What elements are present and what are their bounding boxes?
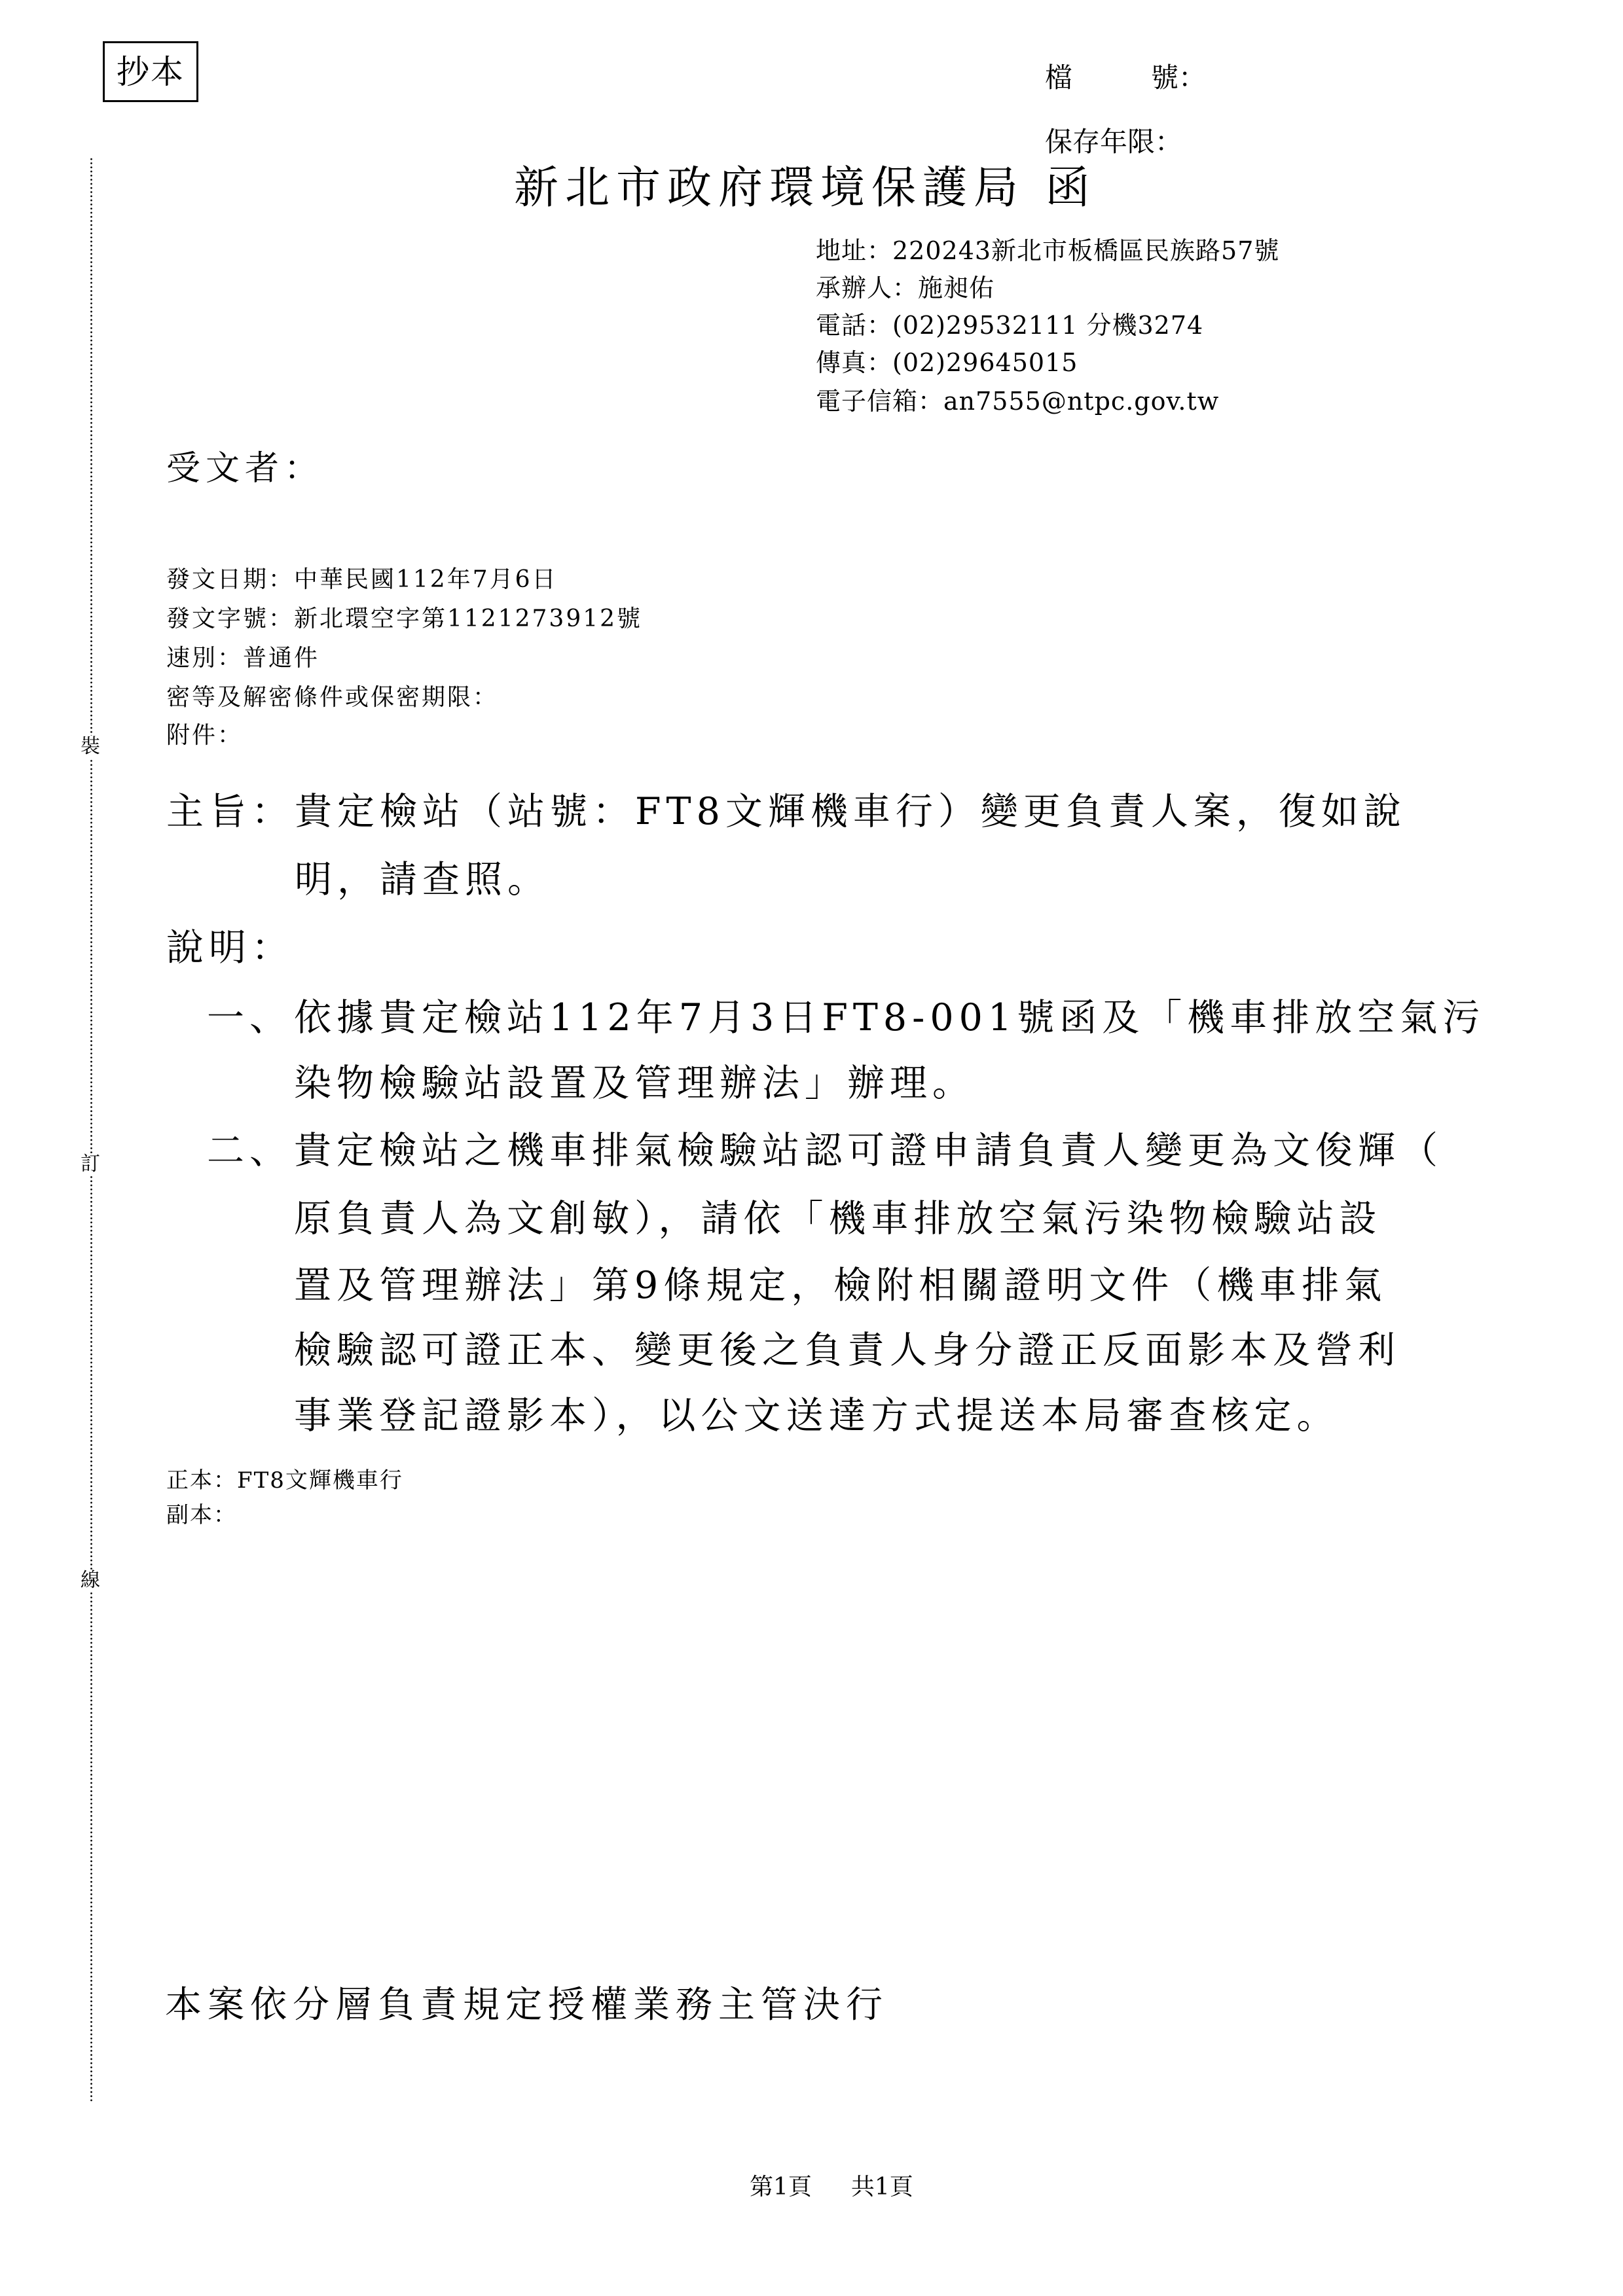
attachments: 附件： [166, 724, 243, 747]
subject-line-2: 明，請查照。 [295, 861, 550, 899]
file-number-label-b: 號： [1151, 62, 1206, 94]
explanation-item-2-line-5: 事業登記證影本），以公文送達方式提送本局審查核定。 [294, 1397, 1340, 1435]
contact-email[interactable]: 電子信箱：an7555@ntpc.gov.tw [816, 389, 1219, 414]
explanation-item-2-line-4: 檢驗認可證正本、變更後之負責人身分證正反面影本及營利 [294, 1332, 1400, 1369]
document-title: 新北市政府環境保護局 函 [514, 166, 1097, 211]
document-number: 發文字號：新北環空字第1121273912號 [166, 607, 642, 631]
copy-stamp-label: 抄本 [117, 56, 185, 88]
explanation-item-2-line-3: 置及管理辦法」第9條規定，檢附相關證明文件（機車排氣 [294, 1267, 1387, 1304]
page-total: 共1頁 [851, 2174, 913, 2200]
contact-address: 地址：220243新北市板橋區民族路57號 [816, 238, 1279, 263]
contact-handler: 承辦人：施昶佑 [816, 276, 994, 300]
binding-label-ding: 訂 [81, 1153, 100, 1175]
issue-date: 發文日期：中華民國112年7月6日 [166, 568, 558, 592]
page-number: 第1頁 [750, 2174, 812, 2200]
explanation-item-1-line-1: 依據貴定檢站112年7月3日FT8-001號函及「機車排放空氣污 [294, 999, 1485, 1037]
explanation-item-1-line-2: 染物檢驗站設置及管理辦法」辦理。 [294, 1065, 975, 1102]
binding-margin-line [90, 157, 92, 2102]
explanation-item-2-line-2: 原負責人為文創敏），請依「機車排放空氣污染物檢驗站設 [294, 1200, 1382, 1238]
delivery-speed: 速別：普通件 [166, 647, 319, 670]
explanation-label: 說明： [166, 929, 294, 967]
recipient-label: 受文者： [166, 452, 323, 486]
contact-phone: 電話：(02)29532111 分機3274 [816, 313, 1203, 338]
file-number-field: 檔號： [1045, 64, 1206, 92]
subject-line-1: 貴定檢站（站號：FT8文輝機車行）變更負責人案，復如說 [295, 793, 1406, 831]
contact-fax: 傳真：(02)29645015 [816, 350, 1078, 375]
secrecy-level: 密等及解密條件或保密期限： [166, 686, 498, 709]
retention-period-field: 保存年限： [1045, 128, 1182, 156]
binding-label-xian: 線 [81, 1570, 100, 1592]
file-number-label-a: 檔 [1045, 62, 1072, 94]
explanation-item-2-line-1: 貴定檢站之機車排氣檢驗站認可證申請負責人變更為文俊輝（ [294, 1132, 1443, 1170]
copy-stamp: 抄本 [103, 41, 198, 102]
delegation-note: 本案依分層負責規定授權業務主管決行 [165, 1987, 888, 2024]
copy-recipient: 副本： [166, 1504, 237, 1526]
page-footer: 第1頁共1頁 [750, 2176, 913, 2199]
explanation-item-2-marker: 二、 [207, 1132, 292, 1170]
subject-label: 主旨： [166, 793, 294, 831]
original-recipient: 正本：FT8文輝機車行 [166, 1469, 403, 1492]
explanation-item-1-marker: 一、 [207, 999, 292, 1037]
retention-period-label: 保存年限： [1045, 126, 1182, 158]
binding-label-zhuang: 裝 [81, 736, 100, 758]
